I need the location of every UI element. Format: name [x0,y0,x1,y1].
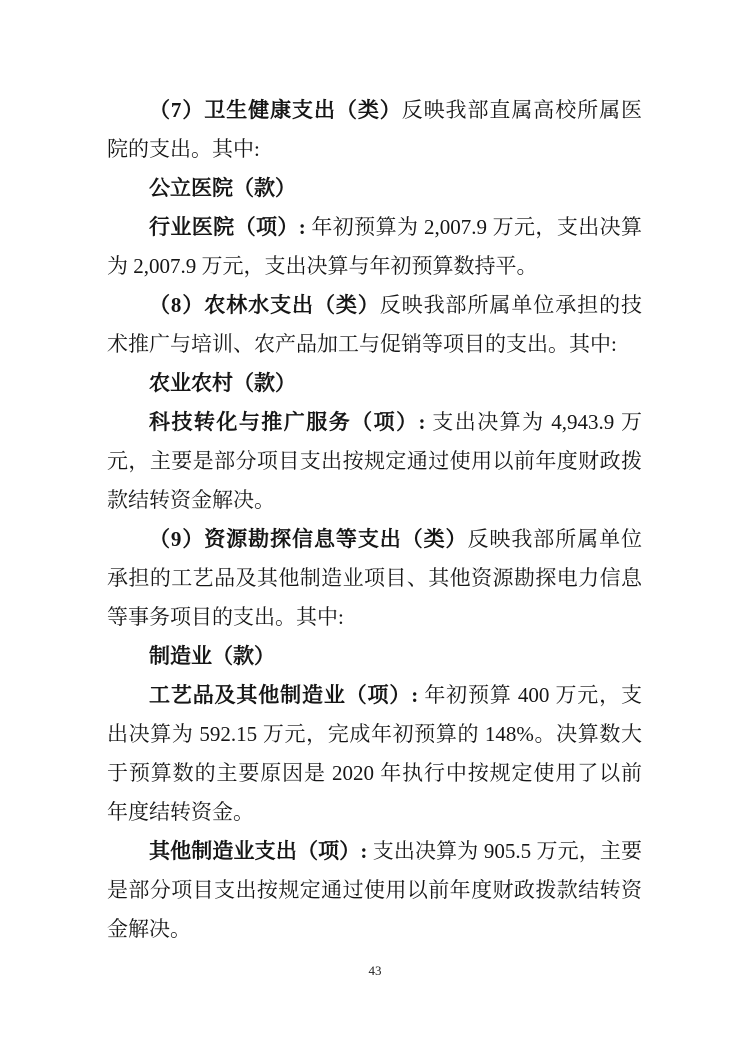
page-footer: 43 [0,962,750,980]
paragraph-health-expenditure: （7）卫生健康支出（类）反映我部直属高校所属医院的支出。其中: [107,91,642,169]
paragraph-agriculture-forestry-water: （8）农林水支出（类）反映我部所属单位承担的技术推广与培训、农产品加工与促销等项… [107,286,642,364]
paragraph-other-manufacturing-expenditure: 其他制造业支出（项）: 支出决算为 905.5 万元，主要是部分项目支出按规定通… [107,832,642,949]
paragraph-industry-hospital: 行业医院（项）: 年初预算为 2,007.9 万元，支出决算为 2,007.9 … [107,208,642,286]
page-number: 43 [369,963,382,978]
heading-run: （7）卫生健康支出（类） [149,98,402,122]
document-page: （7）卫生健康支出（类）反映我部直属高校所属医院的支出。其中: 公立医院（款） … [0,0,750,1060]
heading-run: 其他制造业支出（项）: [149,839,373,863]
heading-run: 制造业（款） [149,644,275,668]
heading-run: （8）农林水支出（类） [149,293,380,317]
paragraph-public-hospital: 公立医院（款） [107,169,642,208]
heading-run: 农业农村（款） [149,371,296,395]
heading-run: 工艺品及其他制造业（项）: [149,683,424,707]
heading-run: 科技转化与推广服务（项）: [149,410,432,434]
paragraph-tech-transfer: 科技转化与推广服务（项）: 支出决算为 4,943.9 万元，主要是部分项目支出… [107,403,642,520]
heading-run: 行业医院（项）: [149,215,311,239]
document-body: （7）卫生健康支出（类）反映我部直属高校所属医院的支出。其中: 公立医院（款） … [107,91,642,949]
heading-run: （9）资源勘探信息等支出（类） [149,527,467,551]
paragraph-resource-exploration: （9）资源勘探信息等支出（类）反映我部所属单位承担的工艺品及其他制造业项目、其他… [107,520,642,637]
paragraph-crafts-other-manufacturing: 工艺品及其他制造业（项）: 年初预算 400 万元，支出决算为 592.15 万… [107,676,642,832]
paragraph-manufacturing: 制造业（款） [107,637,642,676]
heading-run: 公立医院（款） [149,176,296,200]
paragraph-agriculture-rural: 农业农村（款） [107,364,642,403]
